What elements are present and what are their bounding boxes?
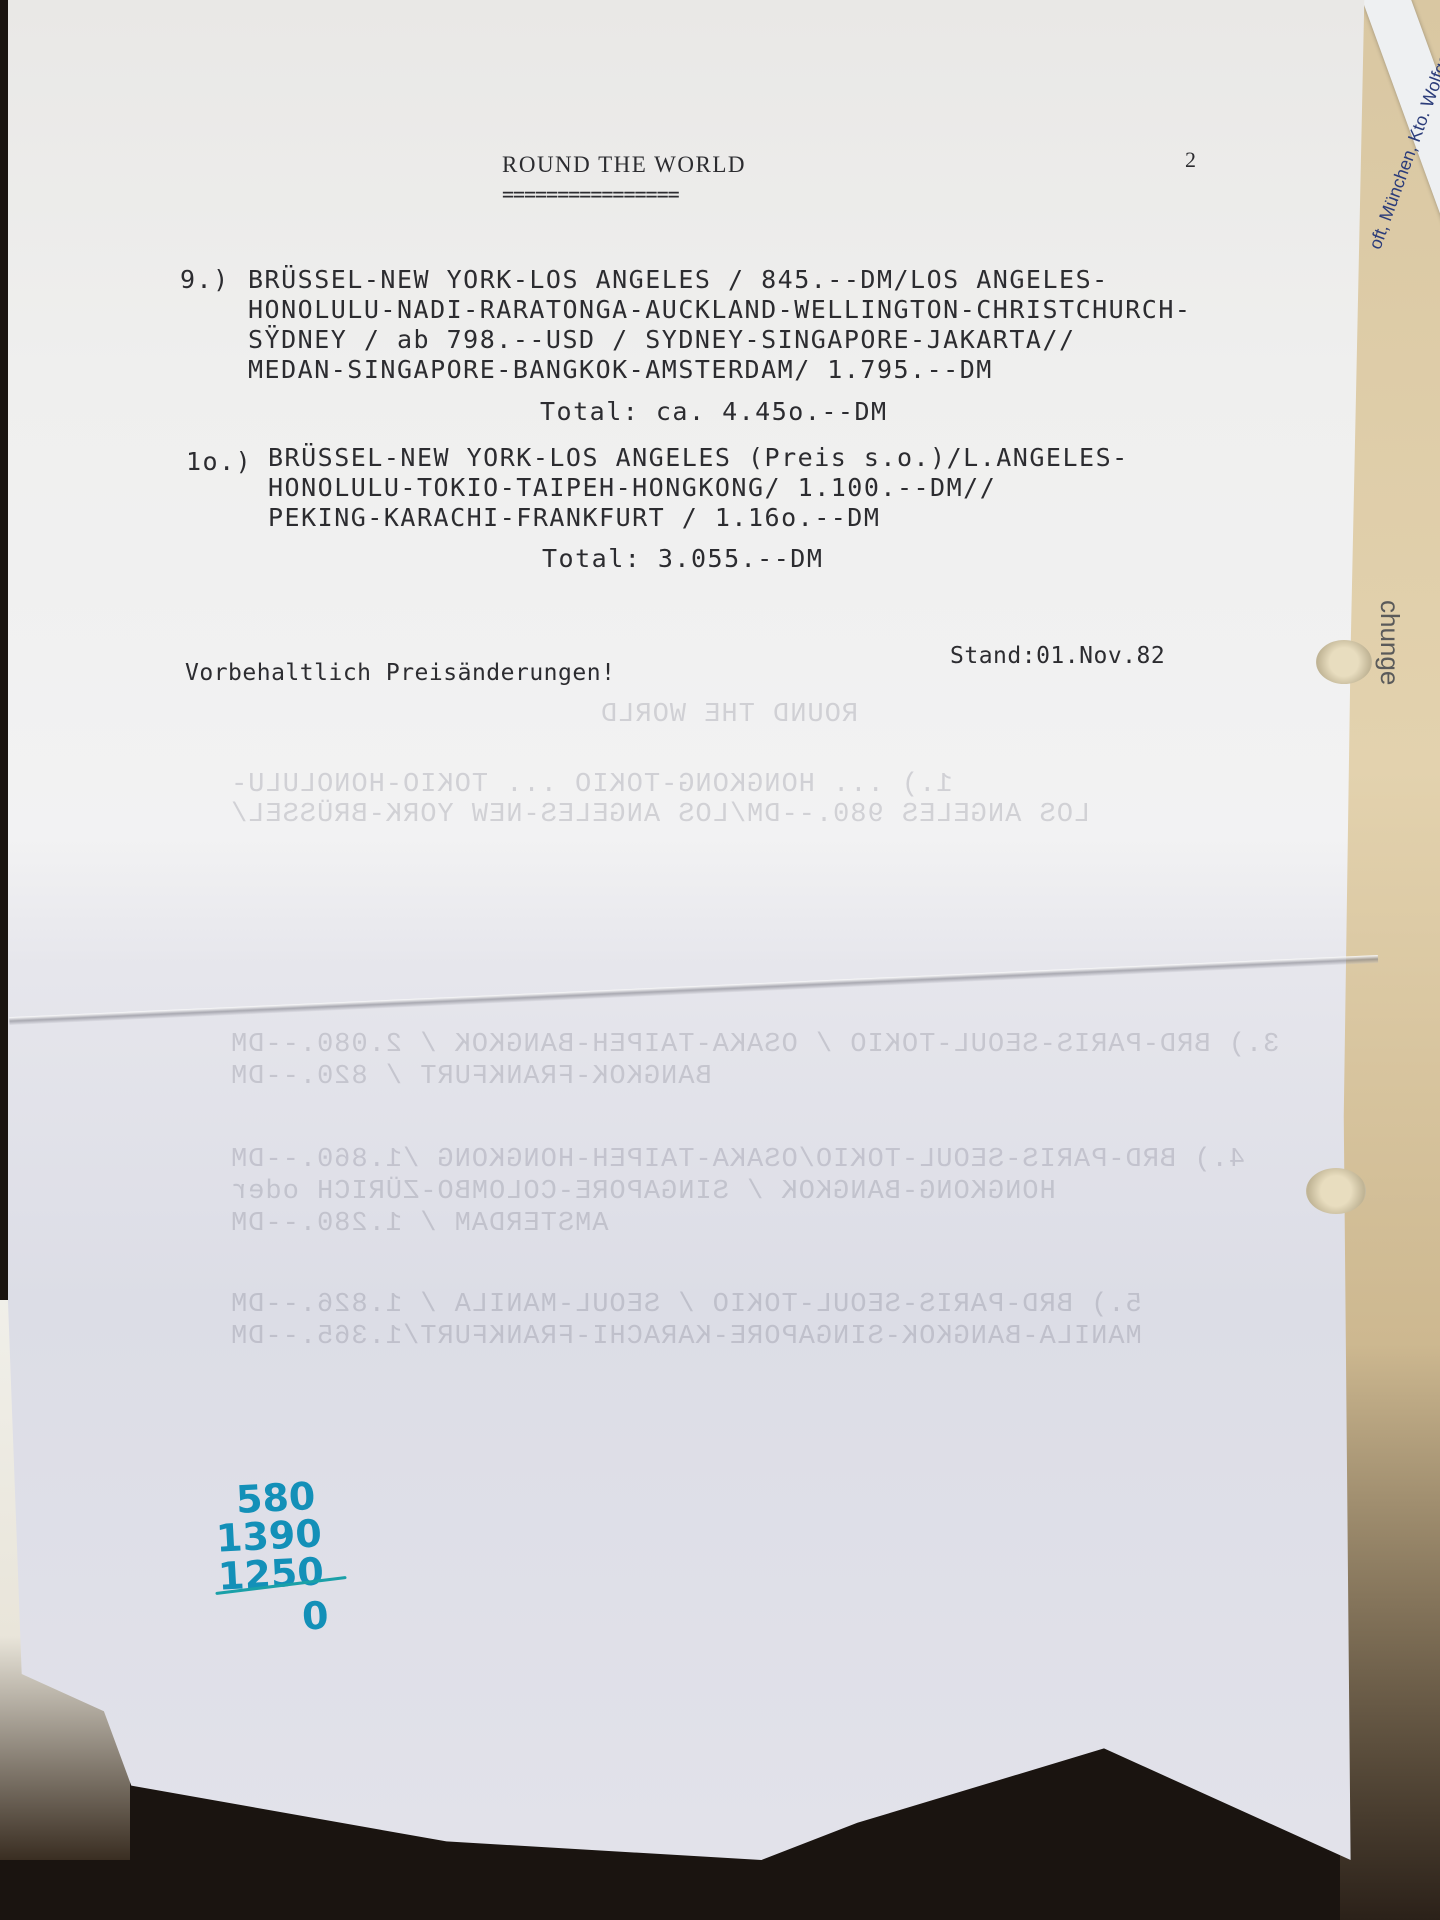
document-title: ROUND THE WORLD (502, 152, 746, 178)
title-underline: ================ (502, 182, 679, 206)
itinerary-line: HONOLULU-NADI-RARATONGA-AUCKLAND-WELLING… (248, 295, 1191, 324)
itinerary-line: HONOLULU-TOKIO-TAIPEH-HONGKONG/ 1.100.--… (268, 473, 996, 502)
itinerary-line: BRÜSSEL-NEW YORK-LOS ANGELES (Preis s.o.… (268, 443, 1129, 472)
handwritten-number: 0 (301, 1595, 330, 1636)
page-number: 2 (1185, 147, 1196, 173)
itinerary-number: 9.) (180, 265, 230, 294)
itinerary-total: Total: 3.055.--DM (542, 544, 823, 573)
itinerary-total: Total: ca. 4.45o.--DM (540, 397, 888, 426)
itinerary-line: MEDAN-SINGAPORE-BANGKOK-AMSTERDAM/ 1.795… (248, 355, 993, 384)
itinerary-line: SŸDNEY / ab 798.--USD / SYDNEY-SINGAPORE… (248, 325, 1076, 354)
price-disclaimer: Vorbehaltlich Preisänderungen! (185, 660, 615, 686)
itinerary-number: 1o.) (186, 447, 252, 476)
itinerary-line: PEKING-KARACHI-FRANKFURT / 1.16o.--DM (268, 503, 880, 532)
typed-document: ROUND THE WORLD ================ 2 9.) B… (0, 0, 1440, 1920)
stand-date: Stand:01.Nov.82 (950, 643, 1165, 669)
itinerary-line: BRÜSSEL-NEW YORK-LOS ANGELES / 845.--DM/… (248, 265, 1109, 294)
